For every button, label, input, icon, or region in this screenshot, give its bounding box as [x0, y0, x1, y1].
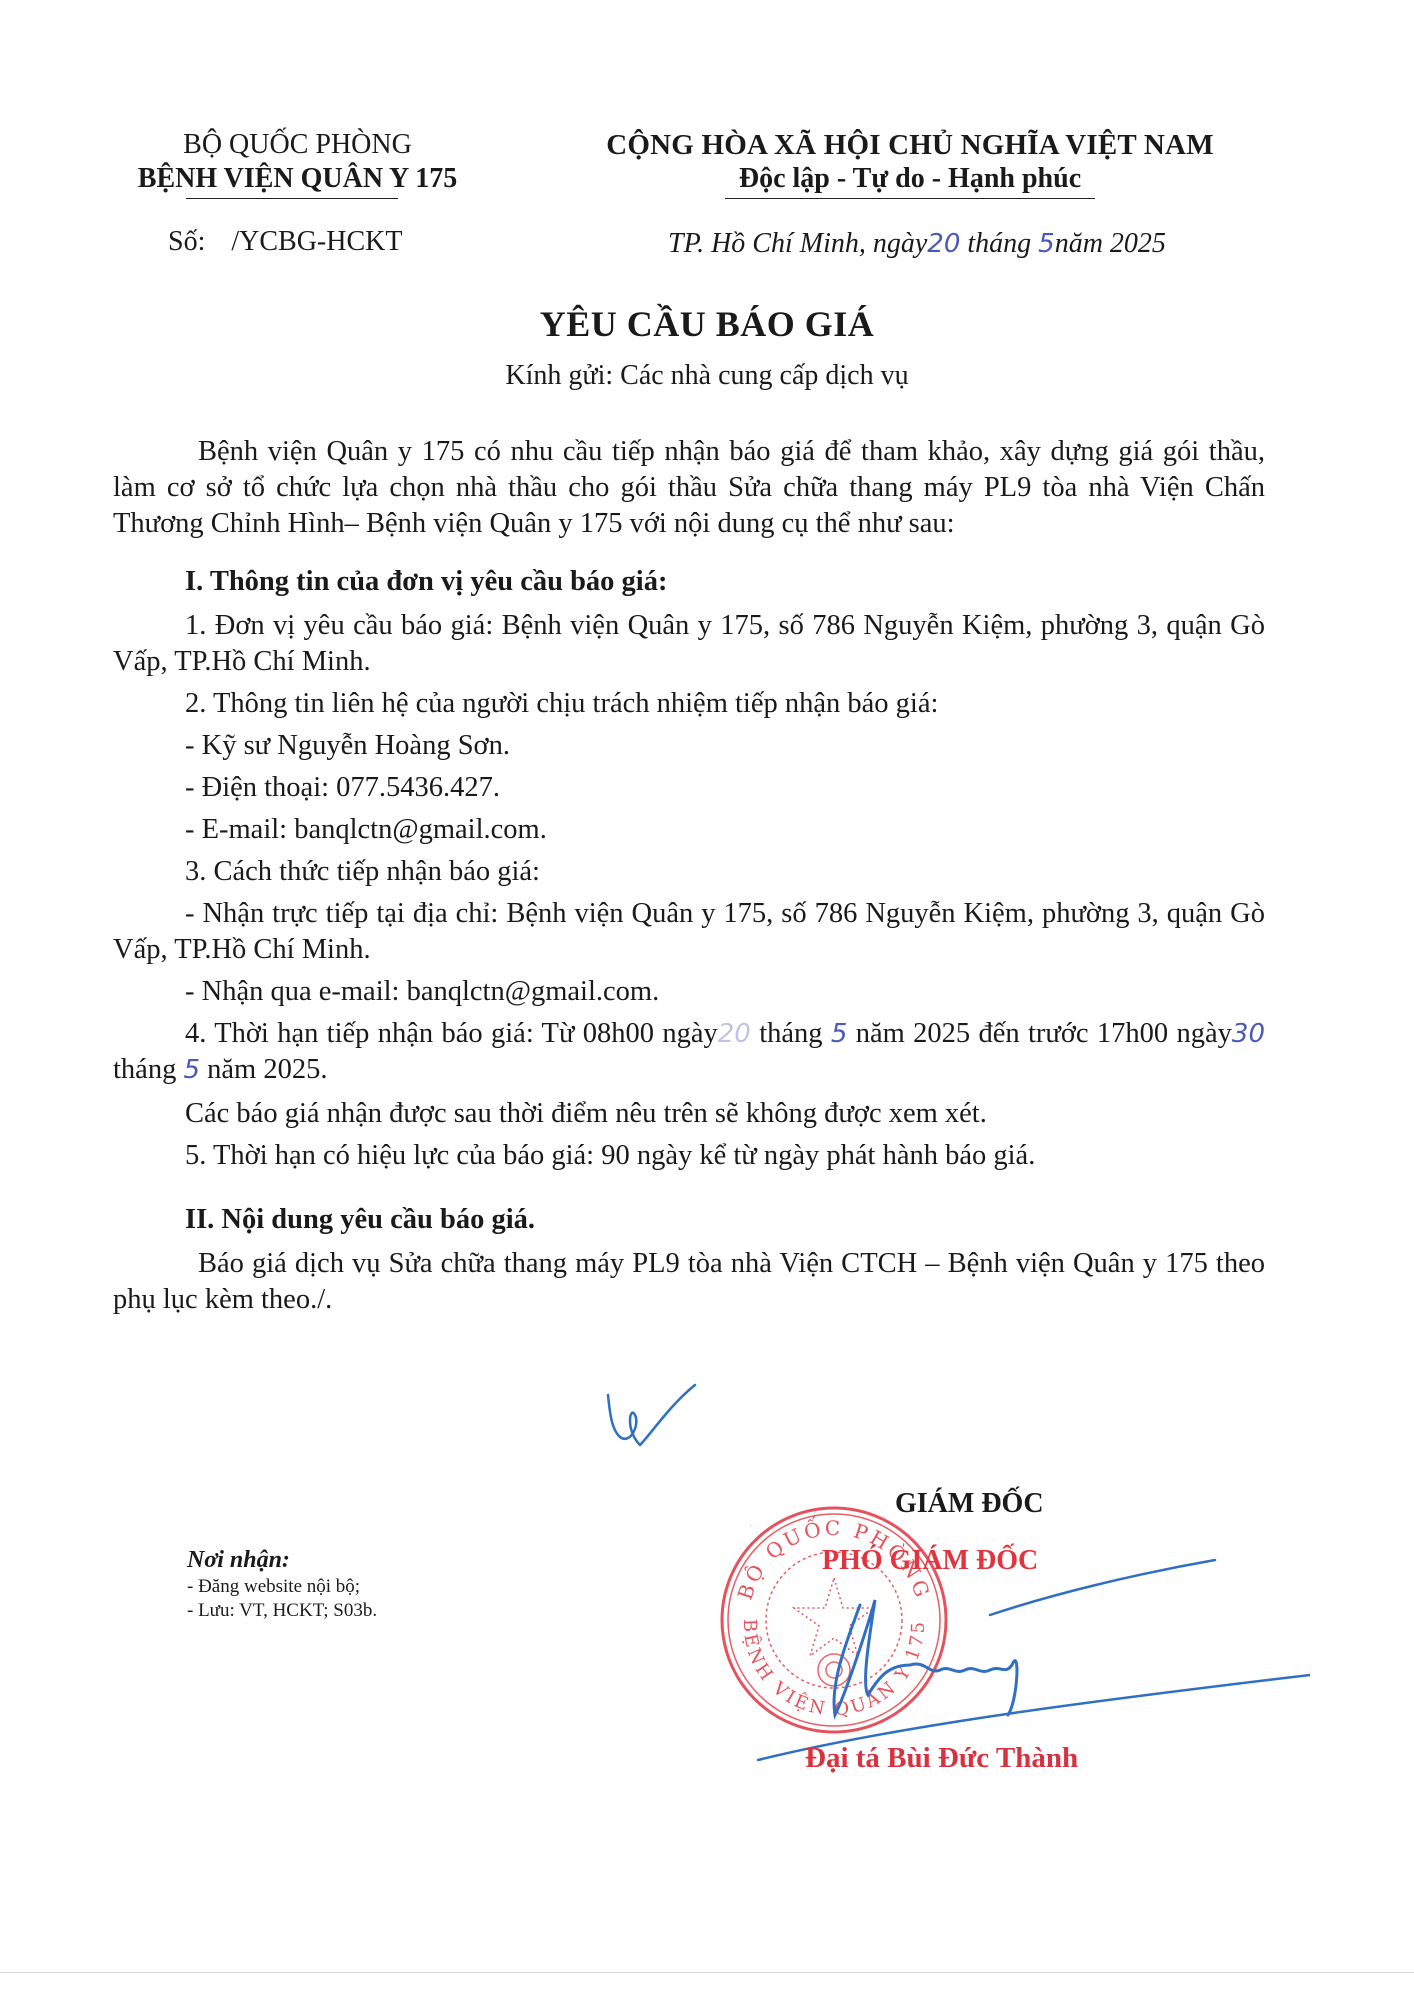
item-4-deadline: 4. Thời hạn tiếp nhận báo giá: Từ 08h00 … — [113, 1016, 1265, 1088]
section-1-heading: I. Thông tin của đơn vị yêu cầu báo giá: — [113, 564, 1265, 600]
recipients-heading: Nơi nhận: — [187, 1545, 377, 1575]
receive-email: - Nhận qua e-mail: banqlctn@gmail.com. — [113, 974, 1265, 1010]
contact-phone: - Điện thoại: 077.5436.427. — [113, 770, 1265, 806]
handwritten-month: 5 — [1038, 229, 1055, 259]
document-number-code: /YCBG-HCKT — [231, 226, 402, 257]
recipients-block: Nơi nhận: - Đăng website nội bộ; - Lưu: … — [187, 1545, 377, 1623]
motto-underline — [725, 198, 1095, 199]
section-2-content: Báo giá dịch vụ Sửa chữa thang máy PL9 t… — [113, 1246, 1265, 1318]
date-place-prefix: TP. Hồ Chí Minh, ngày — [668, 228, 927, 259]
item-5-validity: 5. Thời hạn có hiệu lực của báo giá: 90 … — [113, 1138, 1265, 1174]
deadline-prefix: 4. Thời hạn tiếp nhận báo giá: Từ 08h00 … — [185, 1018, 718, 1049]
item-1-requesting-unit: 1. Đơn vị yêu cầu báo giá: Bệnh viện Quâ… — [113, 608, 1265, 680]
late-quote-note: Các báo giá nhận được sau thời điểm nêu … — [113, 1096, 1265, 1132]
date-year-label: năm 2025 — [1055, 228, 1166, 259]
document-body: Bệnh viện Quân y 175 có nhu cầu tiếp nhậ… — [113, 434, 1265, 1318]
document-number-label: Số: — [168, 226, 205, 257]
recipient-item: - Lưu: VT, HCKT; S03b. — [187, 1599, 377, 1623]
contact-email: - E-mail: banqlctn@gmail.com. — [113, 812, 1265, 848]
deadline-month-label-1: tháng — [759, 1018, 822, 1049]
document-title: YÊU CẦU BÁO GIÁ — [0, 303, 1414, 345]
document-date: TP. Hồ Chí Minh, ngày20 tháng 5năm 2025 — [668, 228, 1166, 260]
deadline-mid: năm 2025 đến trước 17h00 ngày — [856, 1018, 1232, 1049]
signatory-title: GIÁM ĐỐC — [895, 1488, 1044, 1520]
deadline-suffix: năm 2025. — [207, 1054, 327, 1085]
organization-name: BỆNH VIỆN QUÂN Y 175 — [100, 162, 495, 196]
item-2-contact-info: 2. Thông tin liên hệ của người chịu trác… — [113, 686, 1265, 722]
national-heading-block: CỘNG HÒA XÃ HỘI CHỦ NGHĨA VIỆT NAM Độc l… — [560, 128, 1260, 199]
date-month-label: tháng — [967, 228, 1031, 259]
organization-underline — [186, 198, 398, 199]
handwritten-signature — [750, 1525, 1310, 1775]
handwritten-end-day: 30 — [1232, 1019, 1265, 1049]
initials-mark — [600, 1375, 710, 1455]
salutation: Kính gửi: Các nhà cung cấp dịch vụ — [0, 360, 1414, 392]
national-motto: Độc lập - Tự do - Hạnh phúc — [560, 162, 1260, 196]
handwritten-start-month: 5 — [831, 1019, 848, 1049]
section-2-heading: II. Nội dung yêu cầu báo giá. — [113, 1202, 1265, 1238]
handwritten-end-month: 5 — [183, 1055, 200, 1085]
signatory-name: Đại tá Bùi Đức Thành — [805, 1742, 1078, 1775]
contact-name: - Kỹ sư Nguyễn Hoàng Sơn. — [113, 728, 1265, 764]
deadline-month-label-2: tháng — [113, 1054, 176, 1085]
document-number: Số:/YCBG-HCKT — [168, 226, 402, 258]
handwritten-start-day: 20 — [718, 1019, 751, 1049]
receive-direct: - Nhận trực tiếp tại địa chỉ: Bệnh viện … — [113, 896, 1265, 968]
ministry-name: BỘ QUỐC PHÒNG — [100, 128, 495, 162]
country-name: CỘNG HÒA XÃ HỘI CHỦ NGHĨA VIỆT NAM — [560, 128, 1260, 162]
scan-edge-line — [0, 1972, 1414, 1973]
recipient-item: - Đăng website nội bộ; — [187, 1575, 377, 1599]
issuing-authority-block: BỘ QUỐC PHÒNG BỆNH VIỆN QUÂN Y 175 — [100, 128, 495, 199]
item-3-receipt-method: 3. Cách thức tiếp nhận báo giá: — [113, 854, 1265, 890]
handwritten-day: 20 — [927, 229, 960, 259]
intro-paragraph: Bệnh viện Quân y 175 có nhu cầu tiếp nhậ… — [113, 434, 1265, 542]
